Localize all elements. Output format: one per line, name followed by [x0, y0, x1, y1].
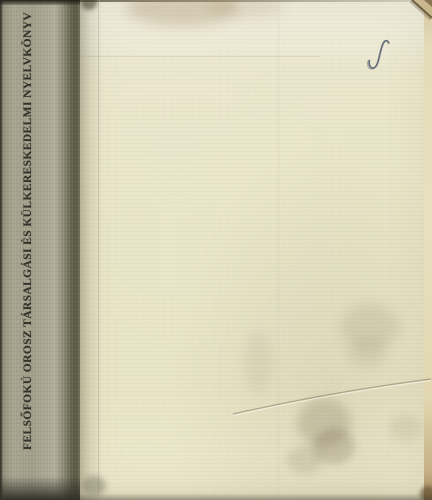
cover-crease-vertical-faint [278, 0, 280, 494]
stain [287, 446, 323, 474]
spine-top-edge [0, 0, 80, 5]
spine-bottom-edge [0, 476, 80, 500]
book-cover-photo: FELSŐFOKÚ OROSZ TÁRSALGÁSI ÉS KÜLKERESKE… [0, 0, 432, 500]
stain [348, 338, 386, 368]
book-front-cover [76, 0, 432, 500]
stain [390, 415, 422, 441]
spine-title: FELSŐFOKÚ OROSZ TÁRSALGÁSI ÉS KÜLKERESKE… [22, 30, 38, 450]
page-edges [424, 0, 432, 500]
book-spine [0, 0, 80, 500]
cover-crease-vertical [98, 0, 100, 494]
cover-faint-crease-horizontal [80, 56, 320, 57]
stain [244, 330, 272, 394]
cover-bottom-edge [76, 493, 432, 500]
spine-left-edge [0, 0, 3, 500]
